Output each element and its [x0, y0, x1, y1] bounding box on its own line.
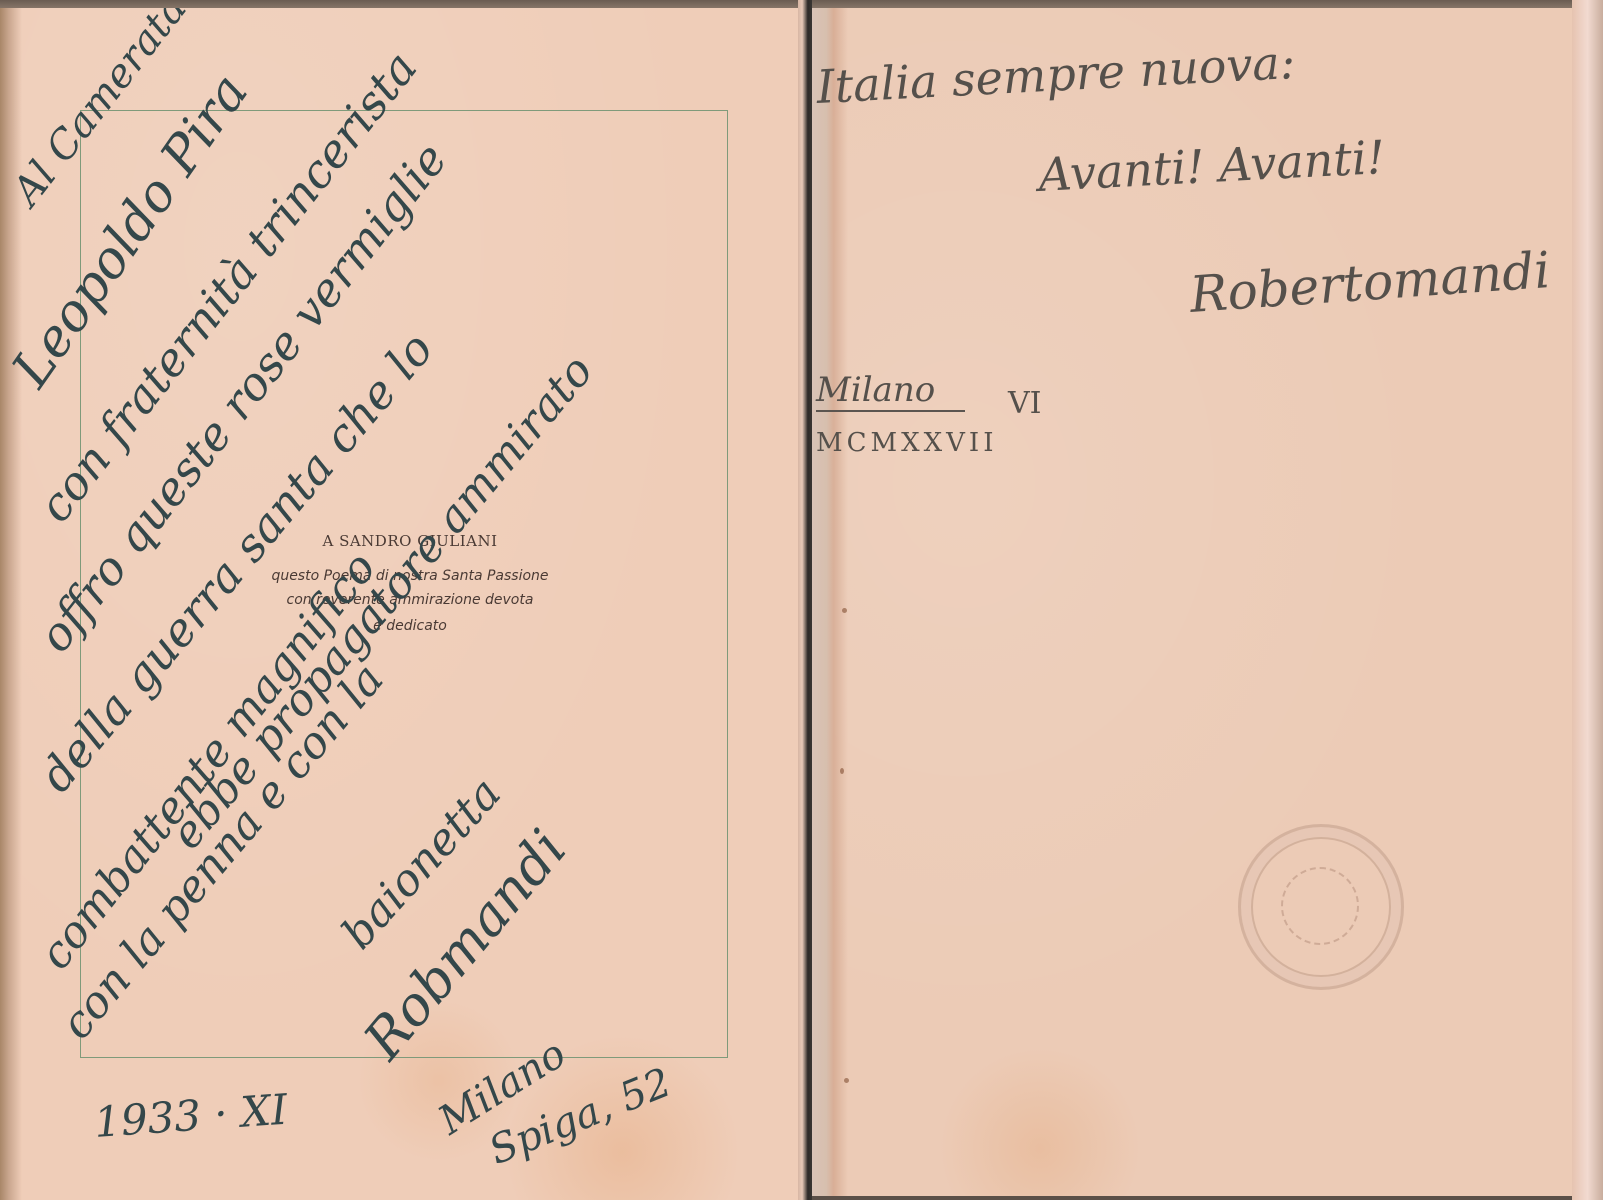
book-spine — [798, 0, 812, 1200]
right-page: Italia sempre nuova: Avanti! Avanti! Rob… — [812, 8, 1572, 1196]
handwritten-signature-right: Robertomandi — [1188, 241, 1552, 324]
handwritten-date-left: 1933 · XI — [93, 1085, 289, 1147]
foxing-spot — [844, 1078, 849, 1083]
right-page-gutter — [812, 8, 848, 1196]
handwritten-place-right: Milano — [816, 370, 965, 412]
handwritten-motto-line-1: Italia sempre nuova: — [815, 35, 1296, 114]
handwritten-motto-line-2: Avanti! Avanti! — [1037, 130, 1386, 202]
foxing-spot — [842, 608, 847, 613]
handwritten-year-roman: MCMXXVII — [816, 428, 997, 458]
foxing-spot — [840, 768, 844, 774]
embossed-seal-icon — [1238, 824, 1404, 990]
handwritten-era-mark: VI — [1008, 386, 1042, 421]
left-page: A SANDRO GIULIANI questo Poema di nostra… — [0, 8, 798, 1200]
adjacent-page-edge — [1572, 0, 1603, 1200]
seal-eagle-emblem-icon — [1281, 867, 1359, 945]
printed-dedication-line-3: è dedicato — [200, 618, 620, 634]
